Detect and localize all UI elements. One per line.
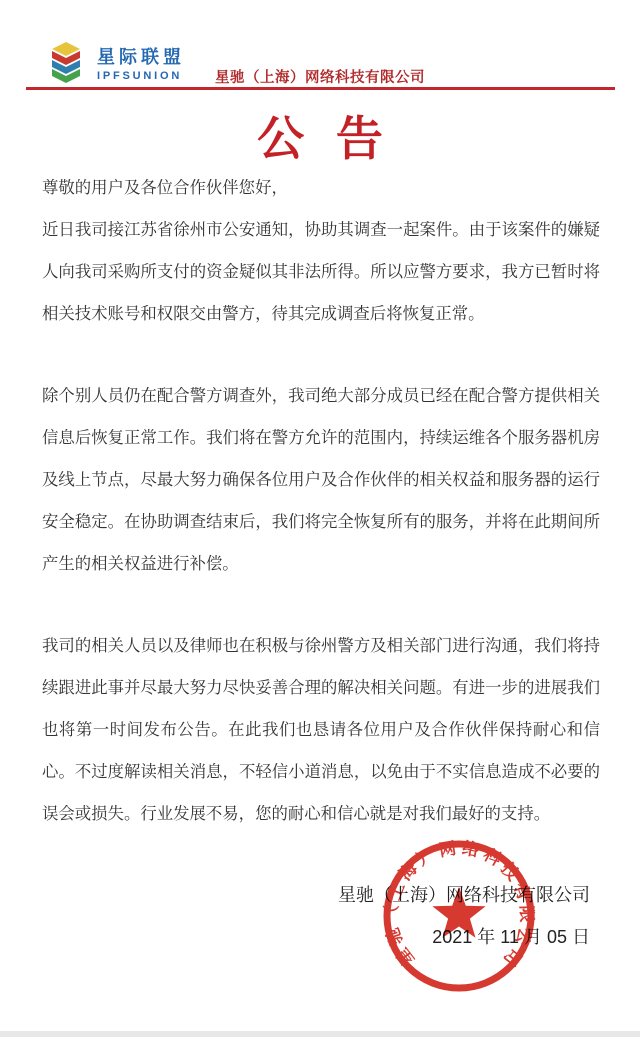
body-paragraph: 除个别人员仍在配合警方调查外，我司绝大部分成员已经在配合警方提供相关信息后恢复正… <box>42 375 600 585</box>
page-title: 公 告 <box>0 102 640 169</box>
signature-date: 2021 年 11 月 05 日 <box>338 916 590 958</box>
body-paragraph: 近日我司接江苏省徐州市公安通知，协助其调查一起案件。由于该案件的嫌疑人向我司采购… <box>42 209 600 335</box>
greeting-paragraph: 尊敬的用户及各位合作伙伴您好， <box>42 167 600 209</box>
logo-name: 星际联盟 <box>97 47 185 69</box>
page-bottom-edge <box>0 1031 640 1037</box>
header-divider-line <box>26 87 615 90</box>
announcement-body: 尊敬的用户及各位合作伙伴您好， 近日我司接江苏省徐州市公安通知，协助其调查一起案… <box>42 167 600 835</box>
signature-company: 星驰（上海）网络科技有限公司 <box>338 874 590 916</box>
signature-block: 星驰（上海）网络科技有限公司 2021 年 11 月 05 日 <box>338 874 590 958</box>
body-paragraph: 我司的相关人员以及律师也在积极与徐州警方及相关部门进行沟通，我们将持续跟进此事并… <box>42 625 600 835</box>
header-company-name: 星驰（上海）网络科技有限公司 <box>0 66 640 87</box>
announcement-page: 星际联盟 IPFSUNION 星驰（上海）网络科技有限公司 公 告 尊敬的用户及… <box>0 0 640 1037</box>
